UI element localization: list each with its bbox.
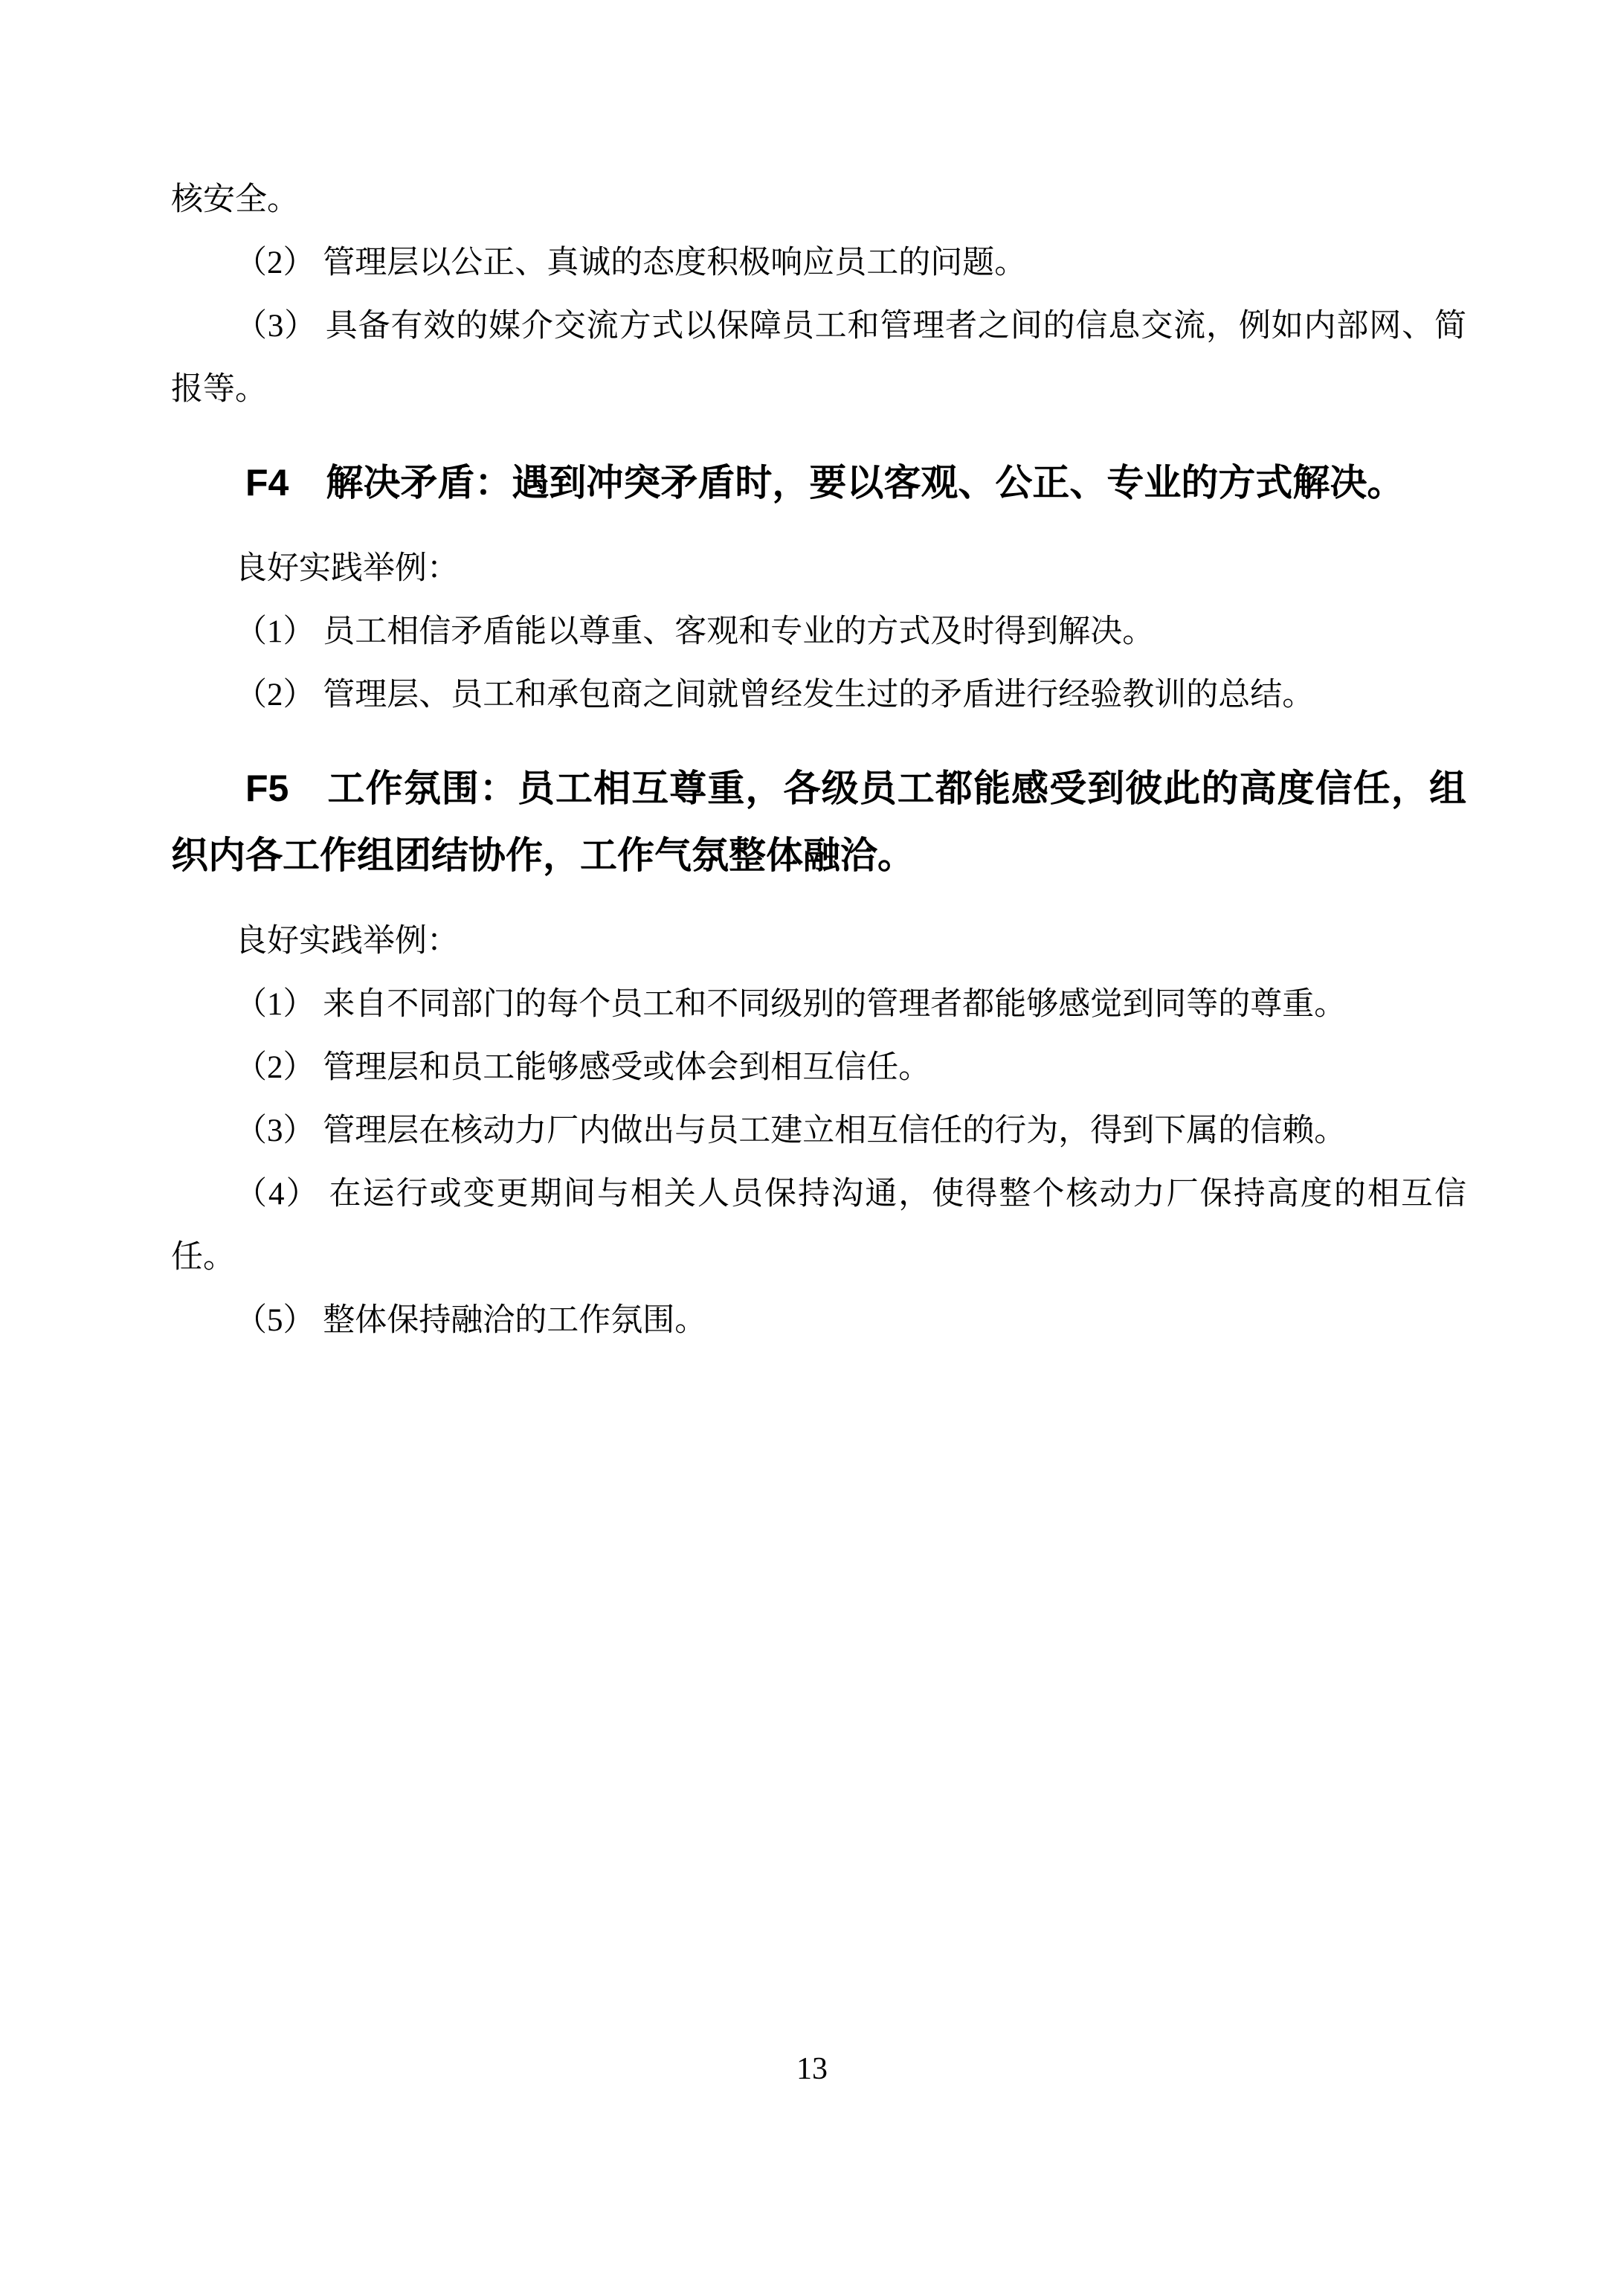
- paragraph-list-item-f3-3: （3） 具备有效的媒介交流方式以保障员工和管理者之间的信息交流，例如内部网、简报…: [171, 295, 1466, 421]
- paragraph-list-item-f5-4: （4） 在运行或变更期间与相关人员保持沟通，使得整个核动力厂保持高度的相互信任。: [171, 1162, 1466, 1289]
- heading-f4: F4 解决矛盾：遇到冲突矛盾时，要以客观、公正、专业的方式解决。: [171, 449, 1466, 516]
- heading-f5: F5 工作氛围：员工相互尊重，各级员工都能感受到彼此的高度信任，组织内各工作组团…: [171, 755, 1466, 889]
- paragraph-list-item-f5-1: （1） 来自不同部门的每个员工和不同级别的管理者都能够感觉到同等的尊重。: [171, 973, 1466, 1036]
- paragraph-list-item-f5-3: （3） 管理层在核动力厂内做出与员工建立相互信任的行为，得到下属的信赖。: [171, 1099, 1466, 1162]
- paragraph-label-good-practice-f4: 良好实践举例：: [171, 537, 1466, 600]
- paragraph-list-item-f3-2: （2） 管理层以公正、真诚的态度积极响应员工的问题。: [171, 231, 1466, 295]
- paragraph-list-item-f4-2: （2） 管理层、员工和承包商之间就曾经发生过的矛盾进行经验教训的总结。: [171, 663, 1466, 727]
- paragraph-list-item-f4-1: （1） 员工相信矛盾能以尊重、客观和专业的方式及时得到解决。: [171, 600, 1466, 663]
- paragraph-list-item-f5-5: （5） 整体保持融洽的工作氛围。: [171, 1289, 1466, 1352]
- document-page: 核安全。（2） 管理层以公正、真诚的态度积极响应员工的问题。（3） 具备有效的媒…: [0, 0, 1624, 2284]
- paragraph-label-good-practice-f5: 良好实践举例：: [171, 910, 1466, 973]
- paragraph-para-continuation-nuclear-safety: 核安全。: [171, 168, 1466, 231]
- document-body: 核安全。（2） 管理层以公正、真诚的态度积极响应员工的问题。（3） 具备有效的媒…: [171, 168, 1466, 1352]
- paragraph-list-item-f5-2: （2） 管理层和员工能够感受或体会到相互信任。: [171, 1036, 1466, 1099]
- page-number: 13: [0, 2047, 1624, 2091]
